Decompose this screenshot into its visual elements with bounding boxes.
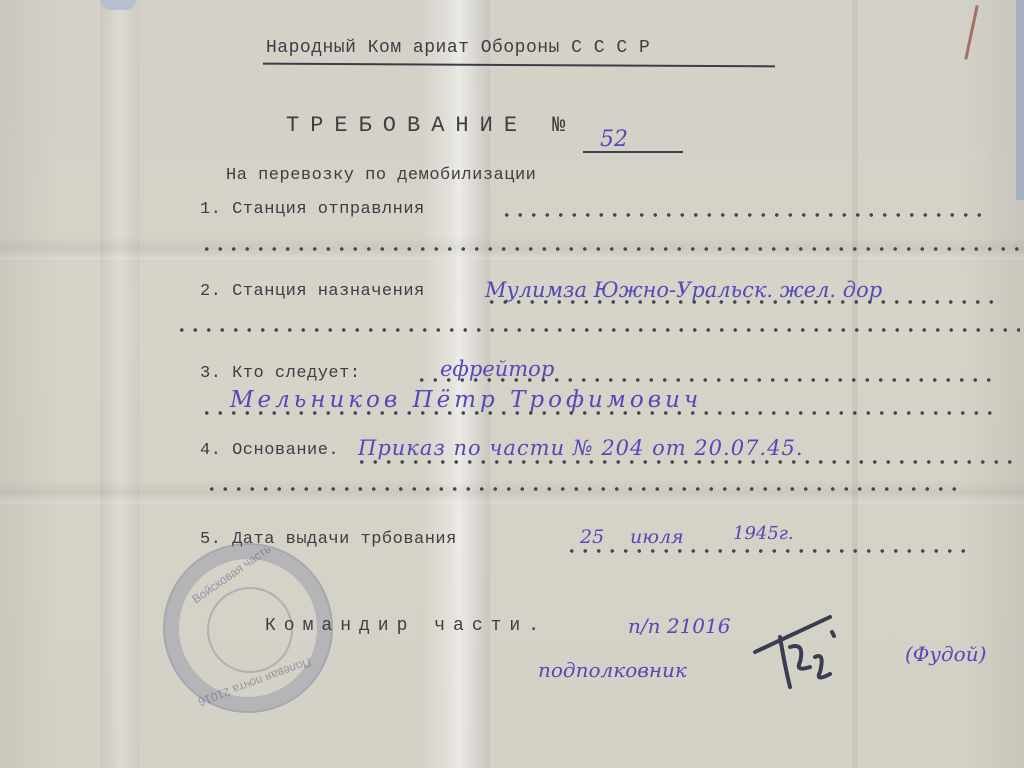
unit-number: п/п 21016 (628, 614, 730, 638)
field-value-issue-day: 25 (580, 526, 604, 548)
dotted-line (175, 328, 1020, 332)
background-edge (100, 0, 136, 10)
number-underline (583, 151, 683, 153)
dotted-line (565, 549, 965, 553)
fold-crease (0, 480, 1024, 504)
dotted-line (205, 487, 965, 491)
field-value-issue-month: июля (630, 526, 684, 548)
dotted-line (200, 247, 1020, 251)
dotted-line (500, 213, 990, 217)
header-underline (263, 63, 775, 68)
field-value-issue-year: 1945г. (733, 523, 794, 544)
document-title: ТРЕБОВАНИЕ № (286, 113, 576, 138)
field-value-traveler-name: Мельников Пётр Трофимович (230, 387, 702, 413)
dotted-line (355, 460, 1020, 464)
dotted-line (415, 378, 995, 382)
commander-name: (Фудой) (905, 642, 986, 666)
document-subtitle: На перевозку по демобилизации (226, 166, 536, 185)
header-text: Народный Ком ариат Обороны С С С Р (266, 38, 650, 58)
dotted-line (200, 411, 995, 415)
commander-rank: подполковник (538, 658, 687, 682)
field-label-basis: 4. Основание. (200, 441, 339, 460)
field-value-destination-station: Мулимза Южно-Уральск. жел. дор (485, 278, 882, 302)
background-edge (1016, 0, 1024, 200)
document-number: 52 (600, 127, 628, 152)
field-value-basis: Приказ по части № 204 от 20.07.45. (358, 436, 804, 460)
fold-crease (852, 0, 858, 768)
field-label-destination-station: 2. Станция назначения (200, 282, 425, 301)
ink-mark (964, 5, 978, 59)
commander-label: Командир части. (265, 616, 547, 636)
field-label-departure-station: 1. Станция отправлния (200, 200, 425, 219)
signature-icon (750, 612, 840, 692)
fold-crease (100, 0, 140, 768)
document-sheet: Народный Ком ариат Обороны С С С Р ТРЕБО… (0, 0, 1024, 768)
field-label-traveler: 3. Кто следует: (200, 364, 361, 383)
dotted-line (485, 300, 995, 304)
